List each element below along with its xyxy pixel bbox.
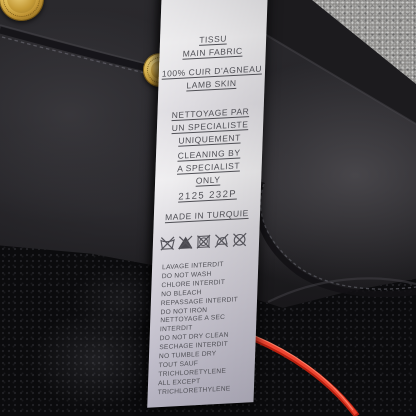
material-section: 100% CUIR D'AGNEAU LAMB SKIN	[158, 62, 265, 94]
do-not-bleach-icon	[178, 235, 194, 251]
origin-section: MADE IN TURQUIE	[154, 206, 261, 225]
care-symbols-row	[160, 231, 260, 251]
cleaning-section-fr: NETTOYAGE PAR UN SPECIALISTE UNIQUEMENT	[156, 104, 264, 149]
made-in-line: MADE IN TURQUIE	[154, 206, 261, 225]
care-label: TISSU MAIN FABRIC 100% CUIR D'AGNEAU LAM…	[147, 0, 268, 408]
do-not-dry-clean-icon	[232, 232, 248, 248]
fabric-section: TISSU MAIN FABRIC	[159, 30, 266, 62]
do-not-iron-icon	[214, 233, 230, 249]
do-not-wash-icon	[160, 236, 176, 252]
do-not-tumble-dry-icon	[196, 234, 212, 250]
style-code: 2125 232P	[154, 186, 261, 205]
care-instructions-list: LAVAGE INTERDIT DO NOT WASH CHLORE INTER…	[148, 259, 259, 398]
style-code-section: 2125 232P	[154, 186, 261, 205]
cleaning-section-en: CLEANING BY A SPECIALIST ONLY	[155, 145, 263, 190]
garment-label-photo: TISSU MAIN FABRIC 100% CUIR D'AGNEAU LAM…	[0, 0, 416, 416]
